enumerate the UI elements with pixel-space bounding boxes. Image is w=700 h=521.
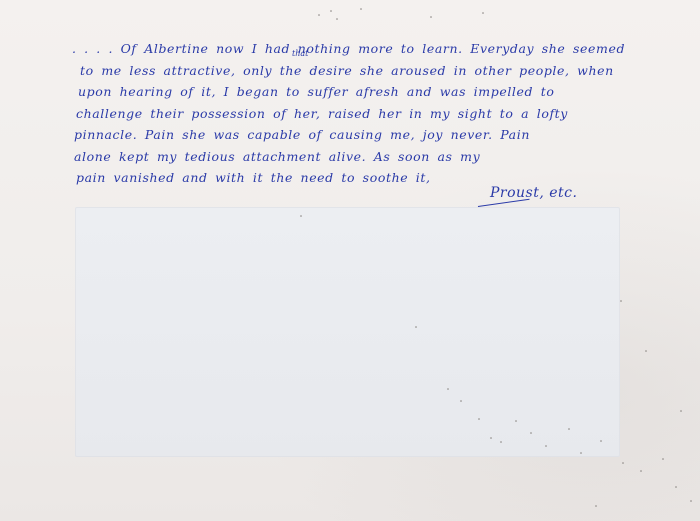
note-line: alone kept my tedious attachment alive. … — [72, 146, 692, 168]
speckle — [675, 486, 677, 488]
note-line: pinnacle. Pain she was capable of causin… — [72, 124, 692, 146]
speckle — [482, 12, 484, 14]
blank-panel — [75, 207, 620, 457]
note-line: pain vanished and with it the need to so… — [72, 167, 692, 189]
speckle — [568, 428, 570, 430]
note-line: challenge their possession of her, raise… — [72, 103, 692, 125]
speckle — [622, 462, 624, 464]
speckle — [336, 18, 338, 20]
speckle — [595, 505, 597, 507]
speckle — [580, 452, 582, 454]
signature: Proust, etc. — [490, 185, 577, 201]
speckle — [680, 410, 682, 412]
speckle — [515, 420, 517, 422]
note-line: upon hearing of it, I began to suffer af… — [72, 81, 692, 103]
speckle — [430, 16, 432, 18]
handwritten-note: . . . . Of Albertine now I had nothing m… — [72, 38, 692, 189]
speckle — [662, 458, 664, 460]
caret-insertion: that — [292, 49, 308, 58]
speckle — [330, 10, 332, 12]
speckle — [447, 388, 449, 390]
speckle — [545, 445, 547, 447]
paper-background: . . . . Of Albertine now I had nothing m… — [0, 0, 700, 521]
speckle — [620, 300, 622, 302]
speckle — [500, 441, 502, 443]
speckle — [300, 215, 302, 217]
speckle — [415, 326, 417, 328]
speckle — [490, 437, 492, 439]
speckle — [600, 440, 602, 442]
speckle — [530, 432, 532, 434]
speckle — [360, 8, 362, 10]
note-line: to me less attractive, only the desire s… — [72, 60, 692, 82]
speckle — [640, 470, 642, 472]
speckle — [690, 500, 692, 502]
note-line: . . . . Of Albertine now I had nothing m… — [72, 38, 692, 60]
speckle — [318, 14, 320, 16]
speckle — [645, 350, 647, 352]
speckle — [478, 418, 480, 420]
speckle — [460, 400, 462, 402]
